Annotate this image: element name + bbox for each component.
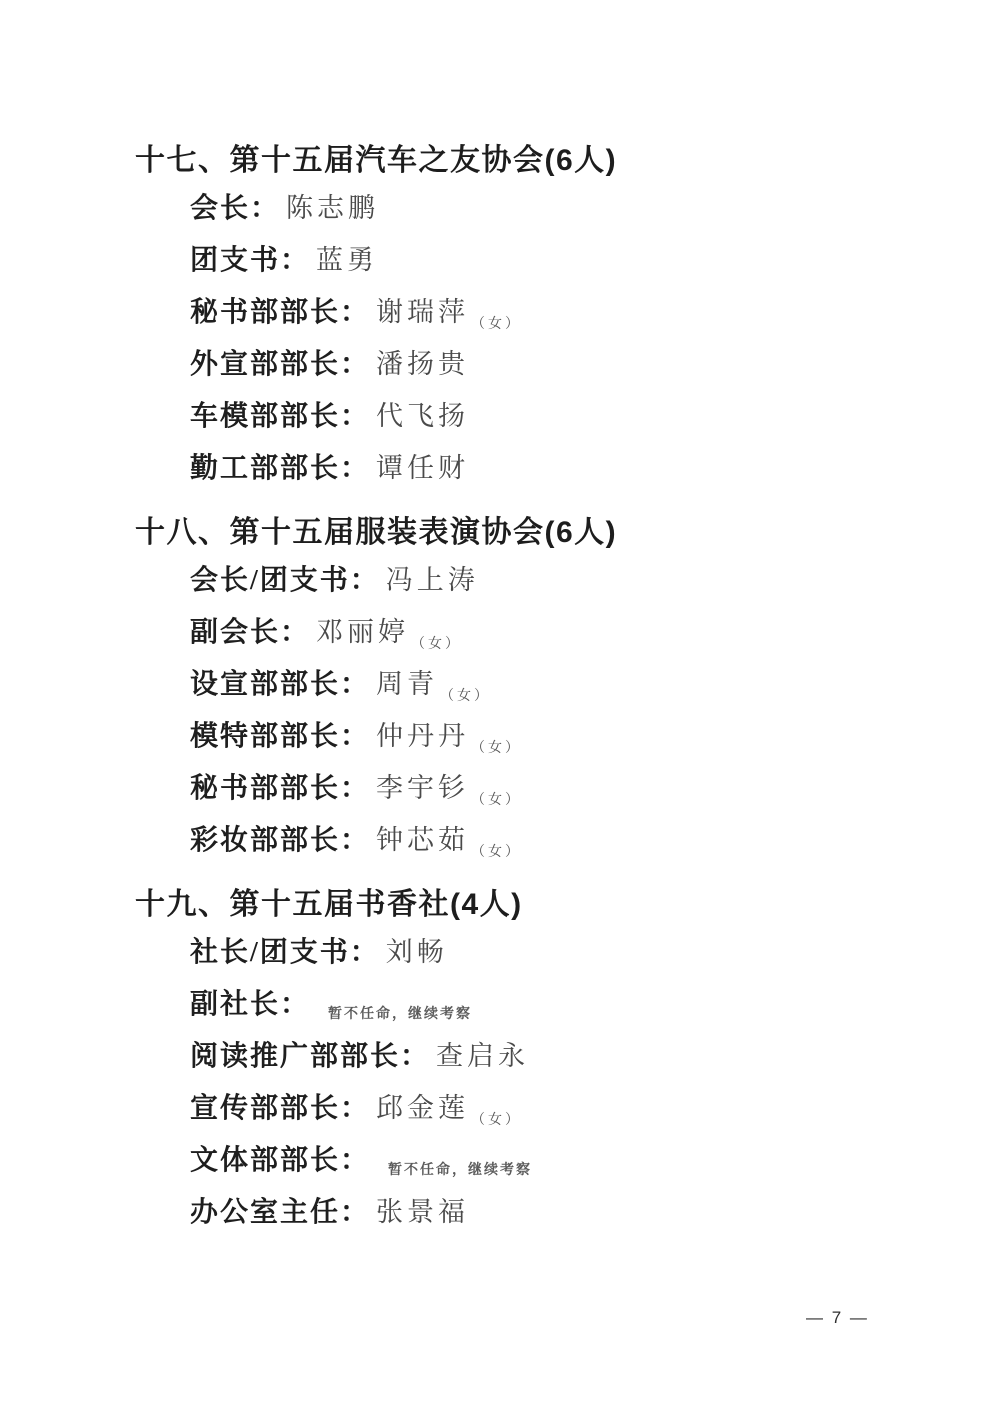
position-label: 勤工部部长： <box>190 453 370 484</box>
position-label: 彩妆部部长： <box>190 825 370 856</box>
position-label: 秘书部部长： <box>190 297 370 328</box>
entry-row: 外宣部部长：潘扬贵 <box>190 339 1000 391</box>
entry-row: 社长/团支书：刘畅 <box>190 927 1000 979</box>
gender-note: （女） <box>471 316 522 332</box>
vacancy-note: 暂不任命，继续考察 <box>328 1006 472 1022</box>
section-19: 十九、第十五届书香社(4人) 社长/团支书：刘畅 副社长：暂不任命，继续考察 阅… <box>0 875 1000 1239</box>
position-label: 会长： <box>190 193 280 224</box>
position-label: 外宣部部长： <box>190 349 370 380</box>
page-number: — 7 — <box>806 1308 869 1328</box>
entry-row: 会长：陈志鹏 <box>190 183 1000 235</box>
entry-row: 车模部部长：代飞扬 <box>190 391 1000 443</box>
position-label: 车模部部长： <box>190 401 370 432</box>
position-label: 会长/团支书： <box>190 565 380 596</box>
section-17-title: 十七、第十五届汽车之友协会(6人) <box>135 131 1000 183</box>
document-content: 十七、第十五届汽车之友协会(6人) 会长：陈志鹏 团支书：蓝勇 秘书部部长：谢瑞… <box>0 0 1000 1239</box>
gender-note: （女） <box>471 740 522 756</box>
section-18: 十八、第十五届服装表演协会(6人) 会长/团支书：冯上涛 副会长：邓丽婷（女） … <box>0 503 1000 867</box>
person-name: 陈志鹏 <box>286 193 379 224</box>
section-19-title: 十九、第十五届书香社(4人) <box>135 875 1000 927</box>
vacancy-note: 暂不任命，继续考察 <box>388 1162 532 1178</box>
entry-row: 设宣部部长：周青（女） <box>190 659 1000 711</box>
person-name: 冯上涛 <box>386 565 479 596</box>
entry-row: 宣传部部长：邱金莲（女） <box>190 1083 1000 1135</box>
person-name: 代飞扬 <box>376 401 469 432</box>
position-label: 办公室主任： <box>190 1197 370 1228</box>
gender-note: （女） <box>471 1112 522 1128</box>
gender-note: （女） <box>471 792 522 808</box>
entry-row: 团支书：蓝勇 <box>190 235 1000 287</box>
entry-row: 副会长：邓丽婷（女） <box>190 607 1000 659</box>
section-18-title: 十八、第十五届服装表演协会(6人) <box>135 503 1000 555</box>
person-name: 钟芯茹 <box>376 825 469 856</box>
position-label: 团支书： <box>190 245 310 276</box>
gender-note: （女） <box>440 688 491 704</box>
entry-row: 副社长：暂不任命，继续考察 <box>190 979 1000 1031</box>
position-label: 社长/团支书： <box>190 937 380 968</box>
person-name: 刘畅 <box>386 937 448 968</box>
entry-row: 会长/团支书：冯上涛 <box>190 555 1000 607</box>
person-name: 邓丽婷 <box>316 617 409 648</box>
entry-row: 办公室主任：张景福 <box>190 1187 1000 1239</box>
entry-row: 阅读推广部部长：查启永 <box>190 1031 1000 1083</box>
position-label: 文体部部长： <box>190 1145 370 1176</box>
entry-row: 彩妆部部长：钟芯茹（女） <box>190 815 1000 867</box>
person-name: 仲丹丹 <box>376 721 469 752</box>
person-name: 周青 <box>376 669 438 700</box>
position-label: 阅读推广部部长： <box>190 1041 430 1072</box>
entry-row: 秘书部部长：谢瑞萍（女） <box>190 287 1000 339</box>
entry-row: 文体部部长：暂不任命，继续考察 <box>190 1135 1000 1187</box>
document-page: 十七、第十五届汽车之友协会(6人) 会长：陈志鹏 团支书：蓝勇 秘书部部长：谢瑞… <box>0 0 1000 1414</box>
person-name: 谢瑞萍 <box>376 297 469 328</box>
person-name: 蓝勇 <box>316 245 378 276</box>
person-name: 李宇钐 <box>376 773 469 804</box>
entry-row: 秘书部部长：李宇钐（女） <box>190 763 1000 815</box>
person-name: 邱金莲 <box>376 1093 469 1124</box>
position-label: 模特部部长： <box>190 721 370 752</box>
person-name: 潘扬贵 <box>376 349 469 380</box>
position-label: 副会长： <box>190 617 310 648</box>
position-label: 秘书部部长： <box>190 773 370 804</box>
position-label: 副社长： <box>190 989 310 1020</box>
section-17: 十七、第十五届汽车之友协会(6人) 会长：陈志鹏 团支书：蓝勇 秘书部部长：谢瑞… <box>0 131 1000 495</box>
position-label: 设宣部部长： <box>190 669 370 700</box>
entry-row: 模特部部长：仲丹丹（女） <box>190 711 1000 763</box>
person-name: 张景福 <box>376 1197 469 1228</box>
position-label: 宣传部部长： <box>190 1093 370 1124</box>
person-name: 查启永 <box>436 1041 529 1072</box>
entry-row: 勤工部部长：谭任财 <box>190 443 1000 495</box>
gender-note: （女） <box>471 844 522 860</box>
person-name: 谭任财 <box>376 453 469 484</box>
gender-note: （女） <box>411 636 462 652</box>
